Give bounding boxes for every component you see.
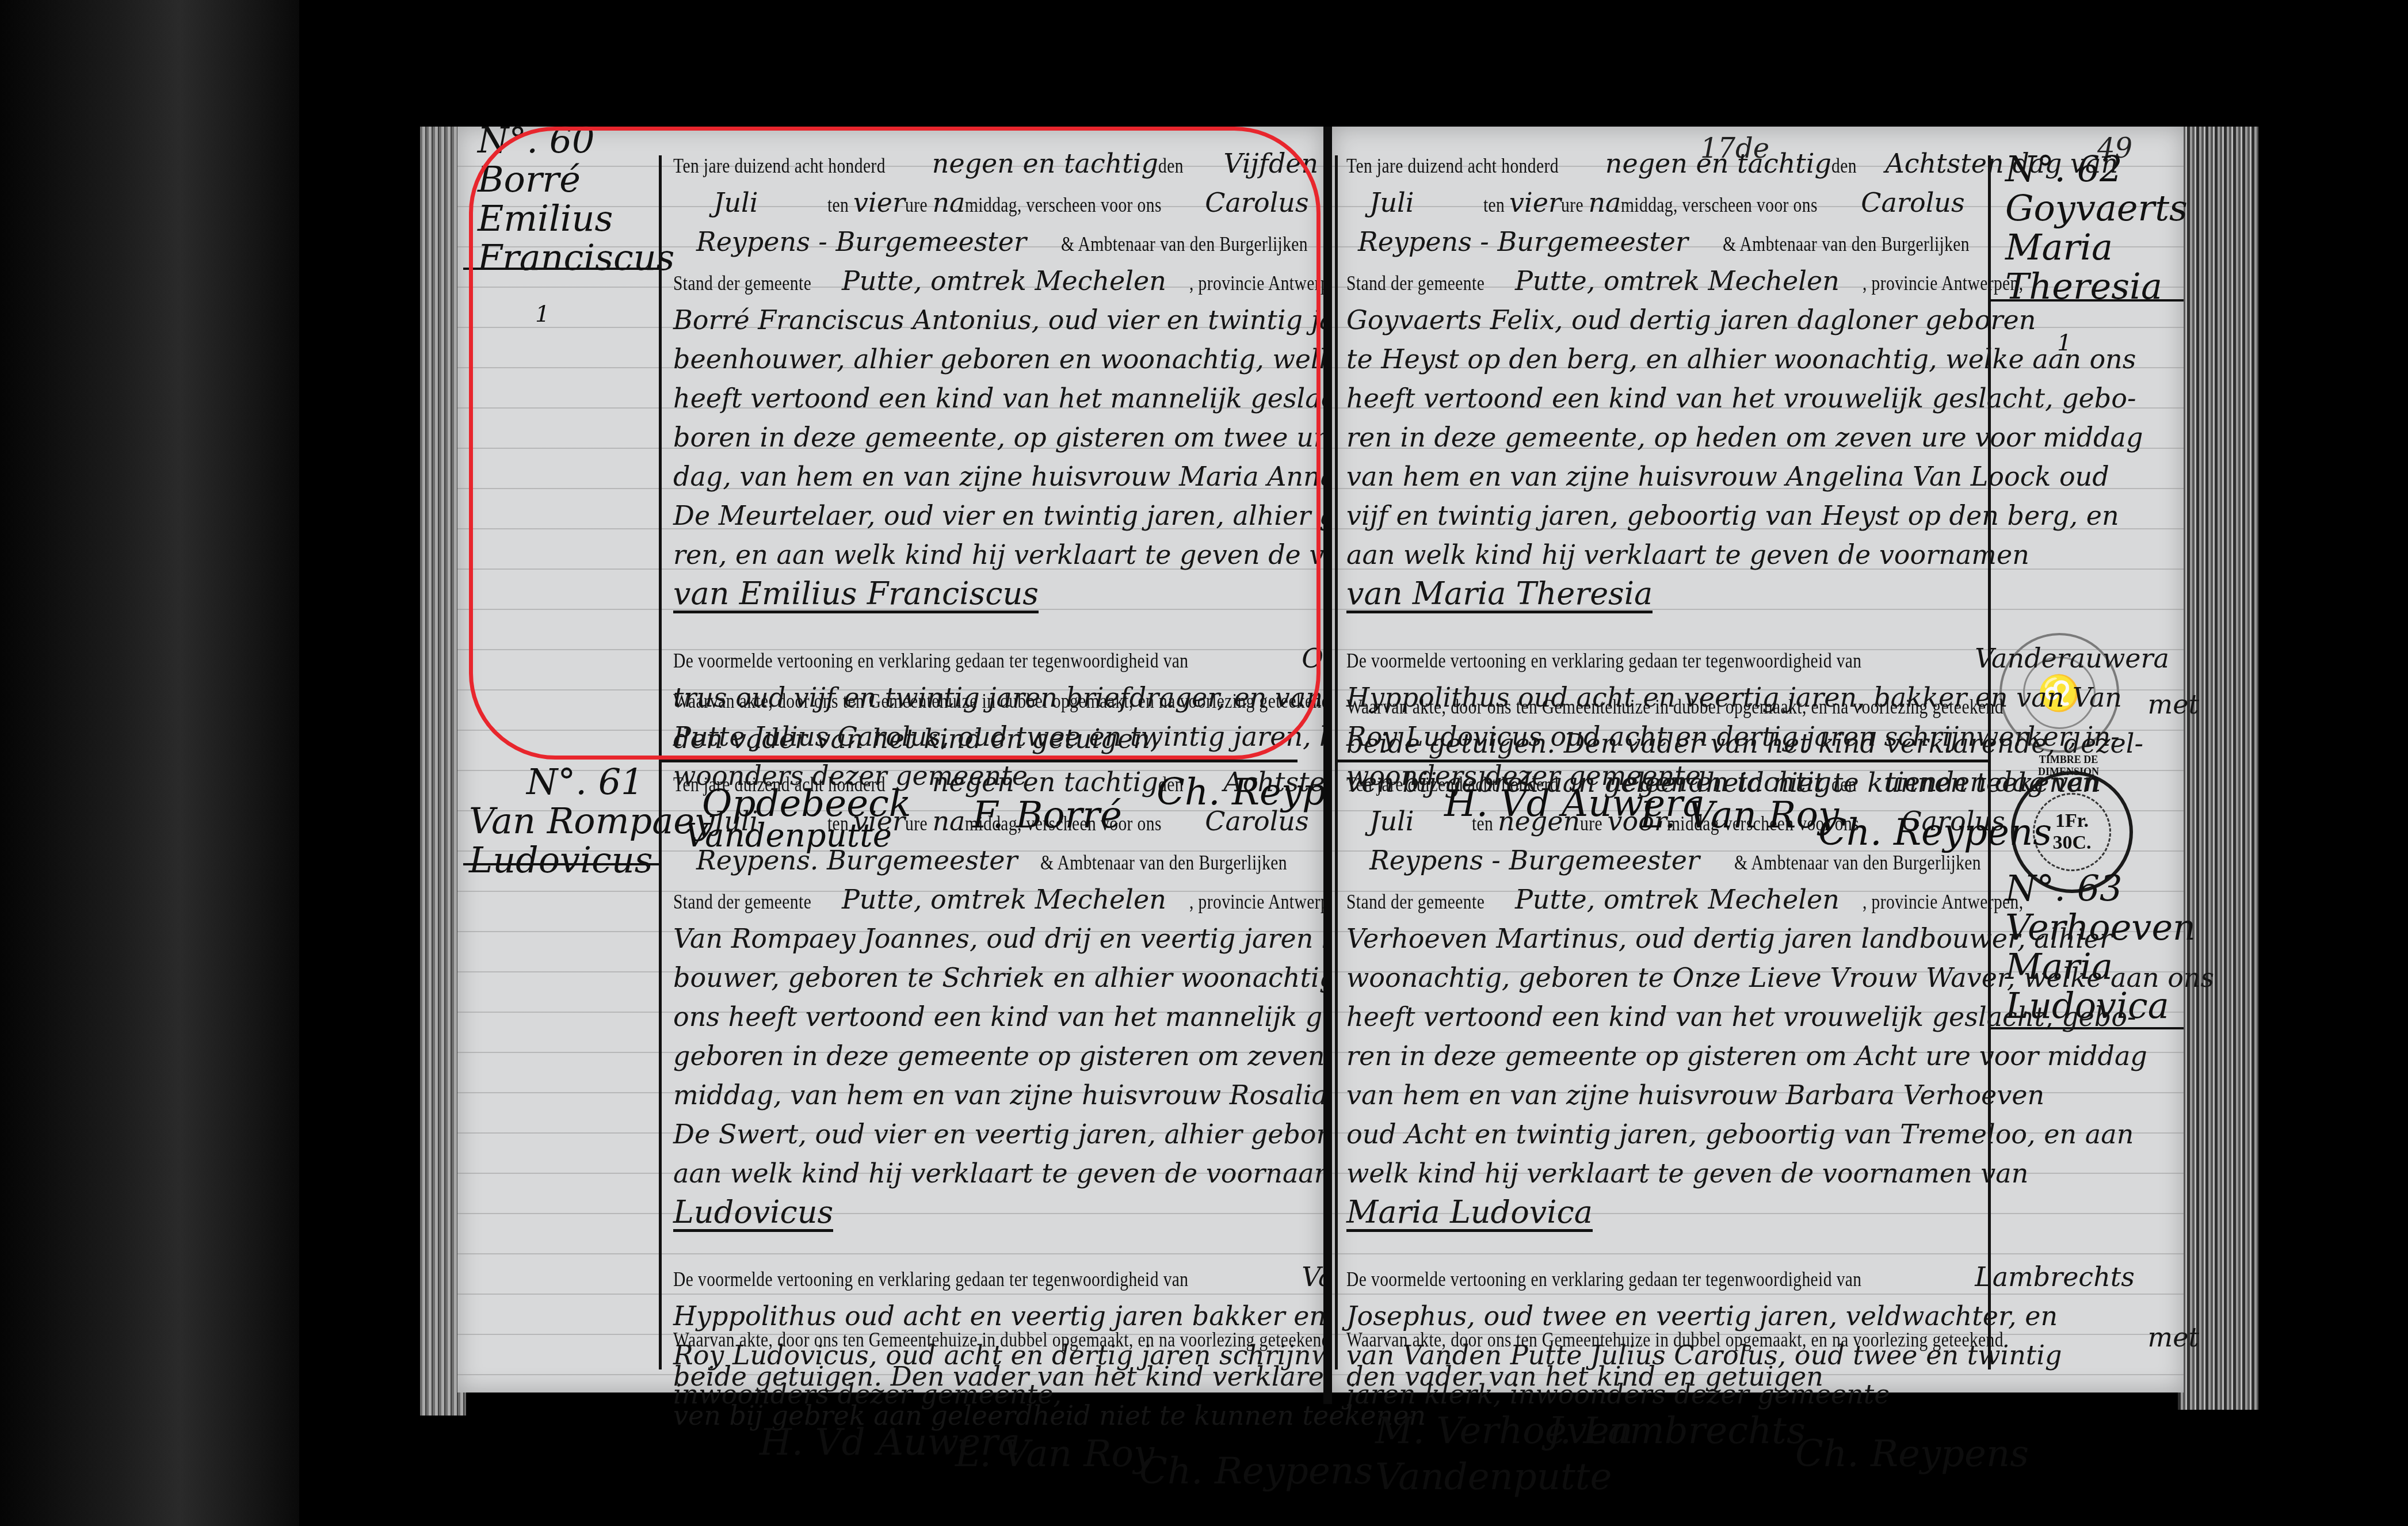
closing-line: Waarvan akte, door ons ten Gemeentehuize… (1346, 1323, 2199, 1353)
entry-line: ren in deze gemeente op gisteren om Acht… (1346, 1042, 2147, 1071)
entry-line: geboren in deze gemeente op gisteren om … (673, 1042, 1420, 1071)
given-name: Maria (2005, 228, 2188, 267)
entry-line: middag, van hem en van zijne huisvrouw R… (673, 1081, 1327, 1111)
entry-line: Reypens - Burgemeester & Ambtenaar van d… (1346, 228, 2024, 258)
entry-line: heeft vertoond een kind van het mannelij… (673, 384, 1422, 414)
entry-line: welk kind hij verklaart te geven de voor… (1346, 1159, 2028, 1189)
surname: Goyvaerts (2005, 189, 2188, 228)
entry-line: woonachtig, geboren te Onze Lieve Vrouw … (1346, 964, 2214, 993)
surname: Borré (478, 160, 674, 199)
child-name-line: van Maria Theresia (1346, 580, 1653, 613)
entry-line: Reypens - Burgemeester & Ambtenaar van d… (673, 228, 1362, 258)
signature: J. Lambrechts (1548, 1410, 1806, 1452)
tick-mark: 1 (478, 295, 674, 334)
signature: Ch. Reypens (1795, 1433, 2029, 1475)
entry-line: dag, van hem en van zijne huisvrouw Mari… (673, 463, 1336, 492)
child-name-line: Maria Ludovica (1346, 1199, 1593, 1232)
right-page: 17de 49 N°. 62 Goyvaerts Maria Theresia … (1332, 127, 2184, 1393)
given-name: Franciscus (478, 238, 674, 277)
entry-line: De Meurtelaer, oud vier en twintig jaren… (673, 502, 1394, 531)
closing-line: beide getuigen. Den vader van het kind v… (1346, 730, 2143, 759)
entry-line: oud Acht en twintig jaren, geboortig van… (1346, 1120, 2134, 1150)
child-name-line: van Emilius Franciscus (673, 580, 1039, 613)
entry-line: van hem en van zijne huisvrouw Barbara V… (1346, 1081, 2044, 1111)
entry-line: Stand der gemeente Putte, omtrek Mechele… (673, 267, 1386, 297)
entry-line: Stand der gemeente Putte, omtrek Mechele… (1346, 267, 2059, 297)
closing-line: den vader van het kind en getuigen, (673, 725, 1158, 754)
entry-number: N°. 60 (478, 121, 674, 160)
entry-line: Stand der gemeente Putte, omtrek Mechele… (1346, 886, 2059, 915)
closing-line: den vader van het kind en getuigen (1346, 1363, 1823, 1392)
entry-line: te Heyst op den berg, en alhier woonacht… (1346, 345, 2136, 375)
closing-line: Waarvan akte, door ons ten Gemeentehuize… (1346, 690, 2199, 720)
declaration-line: De voormelde vertooning en verklaring ge… (1346, 644, 2169, 674)
signature: Vandenputte (685, 817, 892, 854)
entry-line: Juli ten vier ure na middag, verscheen v… (673, 189, 1309, 219)
entry-line: Juli ten vier ure na middag, verscheen v… (1346, 189, 1965, 219)
margin-entry-60: N°. 60 Borré Emilius Franciscus 1 (478, 121, 674, 334)
entry-line: Van Rompaey Joannes, oud drij en veertig… (673, 925, 1389, 954)
register-book: N°. 60 Borré Emilius Franciscus 1 N°. 61… (403, 115, 2267, 1416)
entry-line: Ten jare duizend acht honderdnegen en ta… (1346, 150, 2118, 180)
entry-line: aan welk kind hij verklaart te geven de … (673, 1159, 1395, 1189)
entry-line: aan welk kind hij verklaart te geven de … (1346, 541, 2029, 570)
entry-line: Goyvaerts Felix, oud dertig jaren daglon… (1346, 306, 2036, 335)
page-edges-right (2178, 127, 2258, 1410)
entry-line: heeft vertoond een kind van het vrouweli… (1346, 1003, 2136, 1032)
scan-background (0, 0, 299, 1526)
signature: Ch. Reypens (1818, 811, 2052, 854)
signature: L. Van Roy (955, 1433, 1154, 1475)
entry-line: De Swert, oud vier en veertig jaren, alh… (673, 1120, 1403, 1150)
entry-line: ren in deze gemeente, op heden om zeven … (1346, 424, 2143, 453)
left-page: N°. 60 Borré Emilius Franciscus 1 N°. 61… (457, 127, 1323, 1393)
entry-line: Borré Franciscus Antonius, oud vier en t… (673, 306, 1380, 335)
entry-line: Stand der gemeente Putte, omtrek Mechele… (673, 886, 1386, 915)
stamp-value: 1Fr. (2055, 810, 2089, 832)
entry-line: Verhoeven Martinus, oud dertig jaren lan… (1346, 925, 2112, 954)
signature: L. Van Roy (1640, 794, 1839, 837)
entry-line: vijf en twintig jaren, geboortig van Hey… (1346, 502, 2119, 531)
signature: F. Borré (972, 794, 1122, 837)
child-name-line: Ludovicus (673, 1199, 833, 1232)
signature: Ch. Reypens (1139, 1450, 1373, 1493)
entry-line: Ten jare duizend acht honderdnegen en ta… (673, 150, 1433, 180)
given-name: Emilius (478, 199, 674, 238)
entry-line: heeft vertoond een kind van het vrouweli… (1346, 384, 2136, 414)
stamp-value: 30C. (2052, 832, 2091, 854)
signature: Vandenputte (1375, 1456, 1612, 1498)
declaration-line: De voormelde vertooning en verklaring ge… (1346, 1263, 2135, 1293)
book-gutter (1323, 127, 1332, 1404)
left-rule (1335, 155, 1338, 1369)
entry-line: van hem en van zijne huisvrouw Angelina … (1346, 463, 2109, 492)
entry-line: ons heeft vertoond een kind van het mann… (673, 1003, 1418, 1032)
